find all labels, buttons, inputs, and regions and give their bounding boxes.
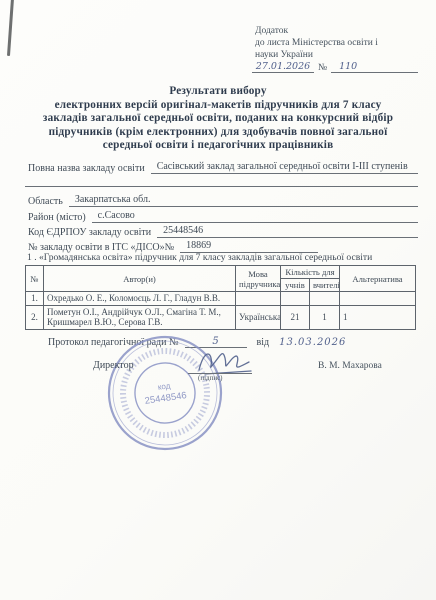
edrpou-value: 25448546 <box>157 225 418 238</box>
handwritten-protocol-date: 13.03.2026 <box>279 337 346 348</box>
col-header-teachers: вчителів <box>310 279 340 292</box>
row-alternative <box>340 292 416 306</box>
field-school-name: Повна назва закладу освіти Сасівський за… <box>28 161 418 174</box>
row-students: 21 <box>281 305 310 329</box>
region-label: Область <box>28 196 69 207</box>
section-label: 1 . «Громадянська освіта» підручник для … <box>27 252 427 263</box>
district-value: с.Сасово <box>92 210 418 223</box>
school-name-value: Сасівський заклад загальної середньої ос… <box>151 161 418 174</box>
header-line-3: науки України <box>255 49 425 61</box>
col-header-students: учнів <box>281 279 310 292</box>
handwritten-date: 27.01.2026 <box>252 61 314 73</box>
school-name-label: Повна назва закладу освіти <box>28 163 151 174</box>
header-line-1: Додаток <box>255 25 425 37</box>
title-line-2: електронних версій оригінал-макетів підр… <box>0 99 436 113</box>
title-line-1: Результати вибору <box>0 85 436 99</box>
district-label: Район (місто) <box>28 212 92 223</box>
handwritten-number: 110 <box>331 61 418 73</box>
row-students <box>281 292 310 306</box>
col-header-num: № <box>26 266 44 292</box>
document-header-block: Додаток до листа Міністерства освіти і н… <box>255 25 425 61</box>
row-teachers <box>310 292 340 306</box>
table-row: 2. Пометун О.І., Андрійчук О.Л., Смагіна… <box>26 305 416 329</box>
col-header-quantity-group: Кількість для <box>281 266 340 279</box>
row-language: Українська <box>236 305 281 329</box>
row-language <box>236 292 281 306</box>
field-region: Область Закарпатська обл. <box>28 194 418 207</box>
region-value: Закарпатська обл. <box>69 194 418 207</box>
document-title: Результати вибору електронних версій ори… <box>0 85 436 153</box>
row-teachers: 1 <box>310 305 340 329</box>
table-row: 1. Охредько О. Е., Коломоєць Л. Г., Глад… <box>26 292 416 306</box>
scan-artifact-line <box>7 0 14 56</box>
row-num: 1. <box>26 292 44 306</box>
col-header-authors: Автор(и) <box>44 266 236 292</box>
vid-label: від <box>257 337 270 348</box>
row-alternative: 1 <box>340 305 416 329</box>
header-line-2: до листа Міністерства освіти і <box>255 37 425 49</box>
field-district: Район (місто) с.Сасово <box>28 210 418 223</box>
stamp-code-value: 25448546 <box>144 390 187 407</box>
title-line-4: підручників (крім електронних) для здобу… <box>0 126 436 140</box>
row-authors: Пометун О.І., Андрійчук О.Л., Смагіна Т.… <box>44 305 236 329</box>
number-sign: № <box>314 63 331 73</box>
col-header-alternative: Альтернатива <box>340 266 416 292</box>
edrpou-label: Код ЄДРПОУ закладу освіти <box>28 227 157 238</box>
field-edrpou: Код ЄДРПОУ закладу освіти 25448546 <box>28 225 418 238</box>
director-name: В. М. Махарова <box>318 361 382 371</box>
signature-caption: (підпис) <box>198 374 223 382</box>
row-authors: Охредько О. Е., Коломоєць Л. Г., Гладун … <box>44 292 236 306</box>
scanned-document-page: Додаток до листа Міністерства освіти і н… <box>0 0 436 600</box>
row-num: 2. <box>26 305 44 329</box>
col-header-language: Мова підручника <box>236 266 281 292</box>
textbook-table: № Автор(и) Мова підручника Кількість для… <box>25 265 416 330</box>
title-line-3: закладів загальної середньої освіти, под… <box>0 112 436 126</box>
header-date-row: 27.01.2026 № 110 <box>252 61 418 73</box>
stamp-code-label: код <box>157 381 171 392</box>
school-name-continuation-line <box>25 178 418 187</box>
title-line-5: середньої освіти і педагогічних працівни… <box>0 139 436 153</box>
director-label: Директор <box>93 360 134 371</box>
